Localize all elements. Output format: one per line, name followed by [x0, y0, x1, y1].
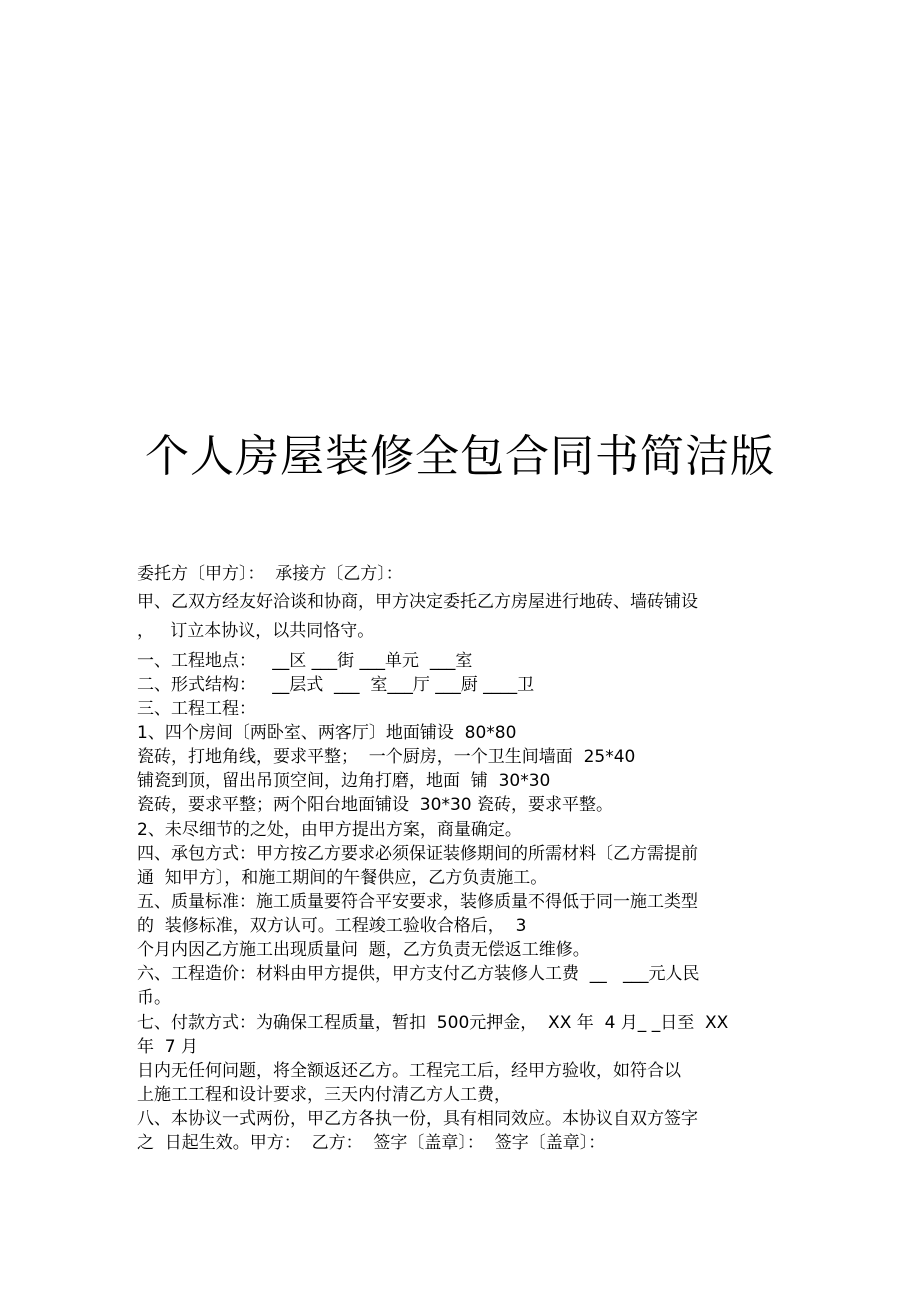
body-text-line: 二、形式结构： __层式 ___ 室___厅 ___厨 ____卫: [137, 673, 534, 697]
body-text-line: 四、承包方式：甲方按乙方要求必须保证装修期间的所需材料〔乙方需提前: [137, 842, 698, 866]
body-text-line: 个月内因乙方施工出现质量问 题，乙方负责无偿返工维修。: [137, 938, 590, 962]
body-text-line: 日内无任何问题，将全额返还乙方。工程完工后，经甲方验收，如符合以: [137, 1059, 681, 1083]
body-text-line: 年 7 月: [137, 1035, 198, 1059]
body-text-line: 五、质量标准：施工质量要符合平安要求，装修质量不得低于同一施工类型: [137, 890, 698, 914]
body-text-line: 七、付款方式：为确保工程质量，暂扣 500元押金， XX 年 4 月_ _日至 …: [137, 1011, 728, 1035]
body-text-line: 通 知甲方〕，和施工期间的午餐供应，乙方负责施工。: [137, 866, 547, 890]
body-text-line: 1、四个房间〔两卧室、两客厅〕地面铺设 80*80: [137, 721, 516, 745]
body-text-line: 铺瓷到顶，留出吊顶空间，边角打磨，地面 铺 30*30: [137, 769, 550, 793]
body-text-line: 三、工程工程：: [137, 697, 256, 721]
body-text-line: ， 订立本协议，以共同恪守。: [137, 619, 374, 643]
body-text-line: 之 日起生效。甲方： 乙方： 签字〔盖章〕： 签字〔盖章〕：: [137, 1131, 605, 1155]
document-title: 个人房屋装修全包合同书简洁版: [0, 429, 920, 485]
body-text-line: 委托方〔甲方〕： 承接方〔乙方〕：: [137, 562, 403, 586]
body-text-line: 币。: [137, 986, 171, 1010]
body-text-line: 瓷砖，打地角线，要求平整； 一个厨房，一个卫生间墙面 25*40: [137, 745, 635, 769]
body-text-line: 一、工程地点： __区 ___街 ___单元 ___室: [137, 649, 472, 673]
body-text-line: 的 装修标准，双方认可。工程竣工验收合格后， 3: [137, 914, 526, 938]
body-text-line: 上施工工程和设计要求，三天内付清乙方人工费，: [137, 1083, 511, 1107]
body-text-line: 甲、乙双方经友好洽谈和协商，甲方决定委托乙方房屋进行地砖、墙砖铺设: [137, 590, 698, 614]
body-text-line: 2、未尽细节的之处，由甲方提出方案，商量确定。: [137, 818, 522, 842]
body-text-line: 瓷砖，要求平整；两个阳台地面铺设 30*30 瓷砖，要求平整。: [137, 793, 613, 817]
body-text-line: 六、工程造价：材料由甲方提供，甲方支付乙方装修人工费 __ ___元人民: [137, 962, 700, 986]
body-text-line: 八、本协议一式两份，甲乙方各执一份，具有相同效应。本协议自双方签字: [137, 1107, 698, 1131]
